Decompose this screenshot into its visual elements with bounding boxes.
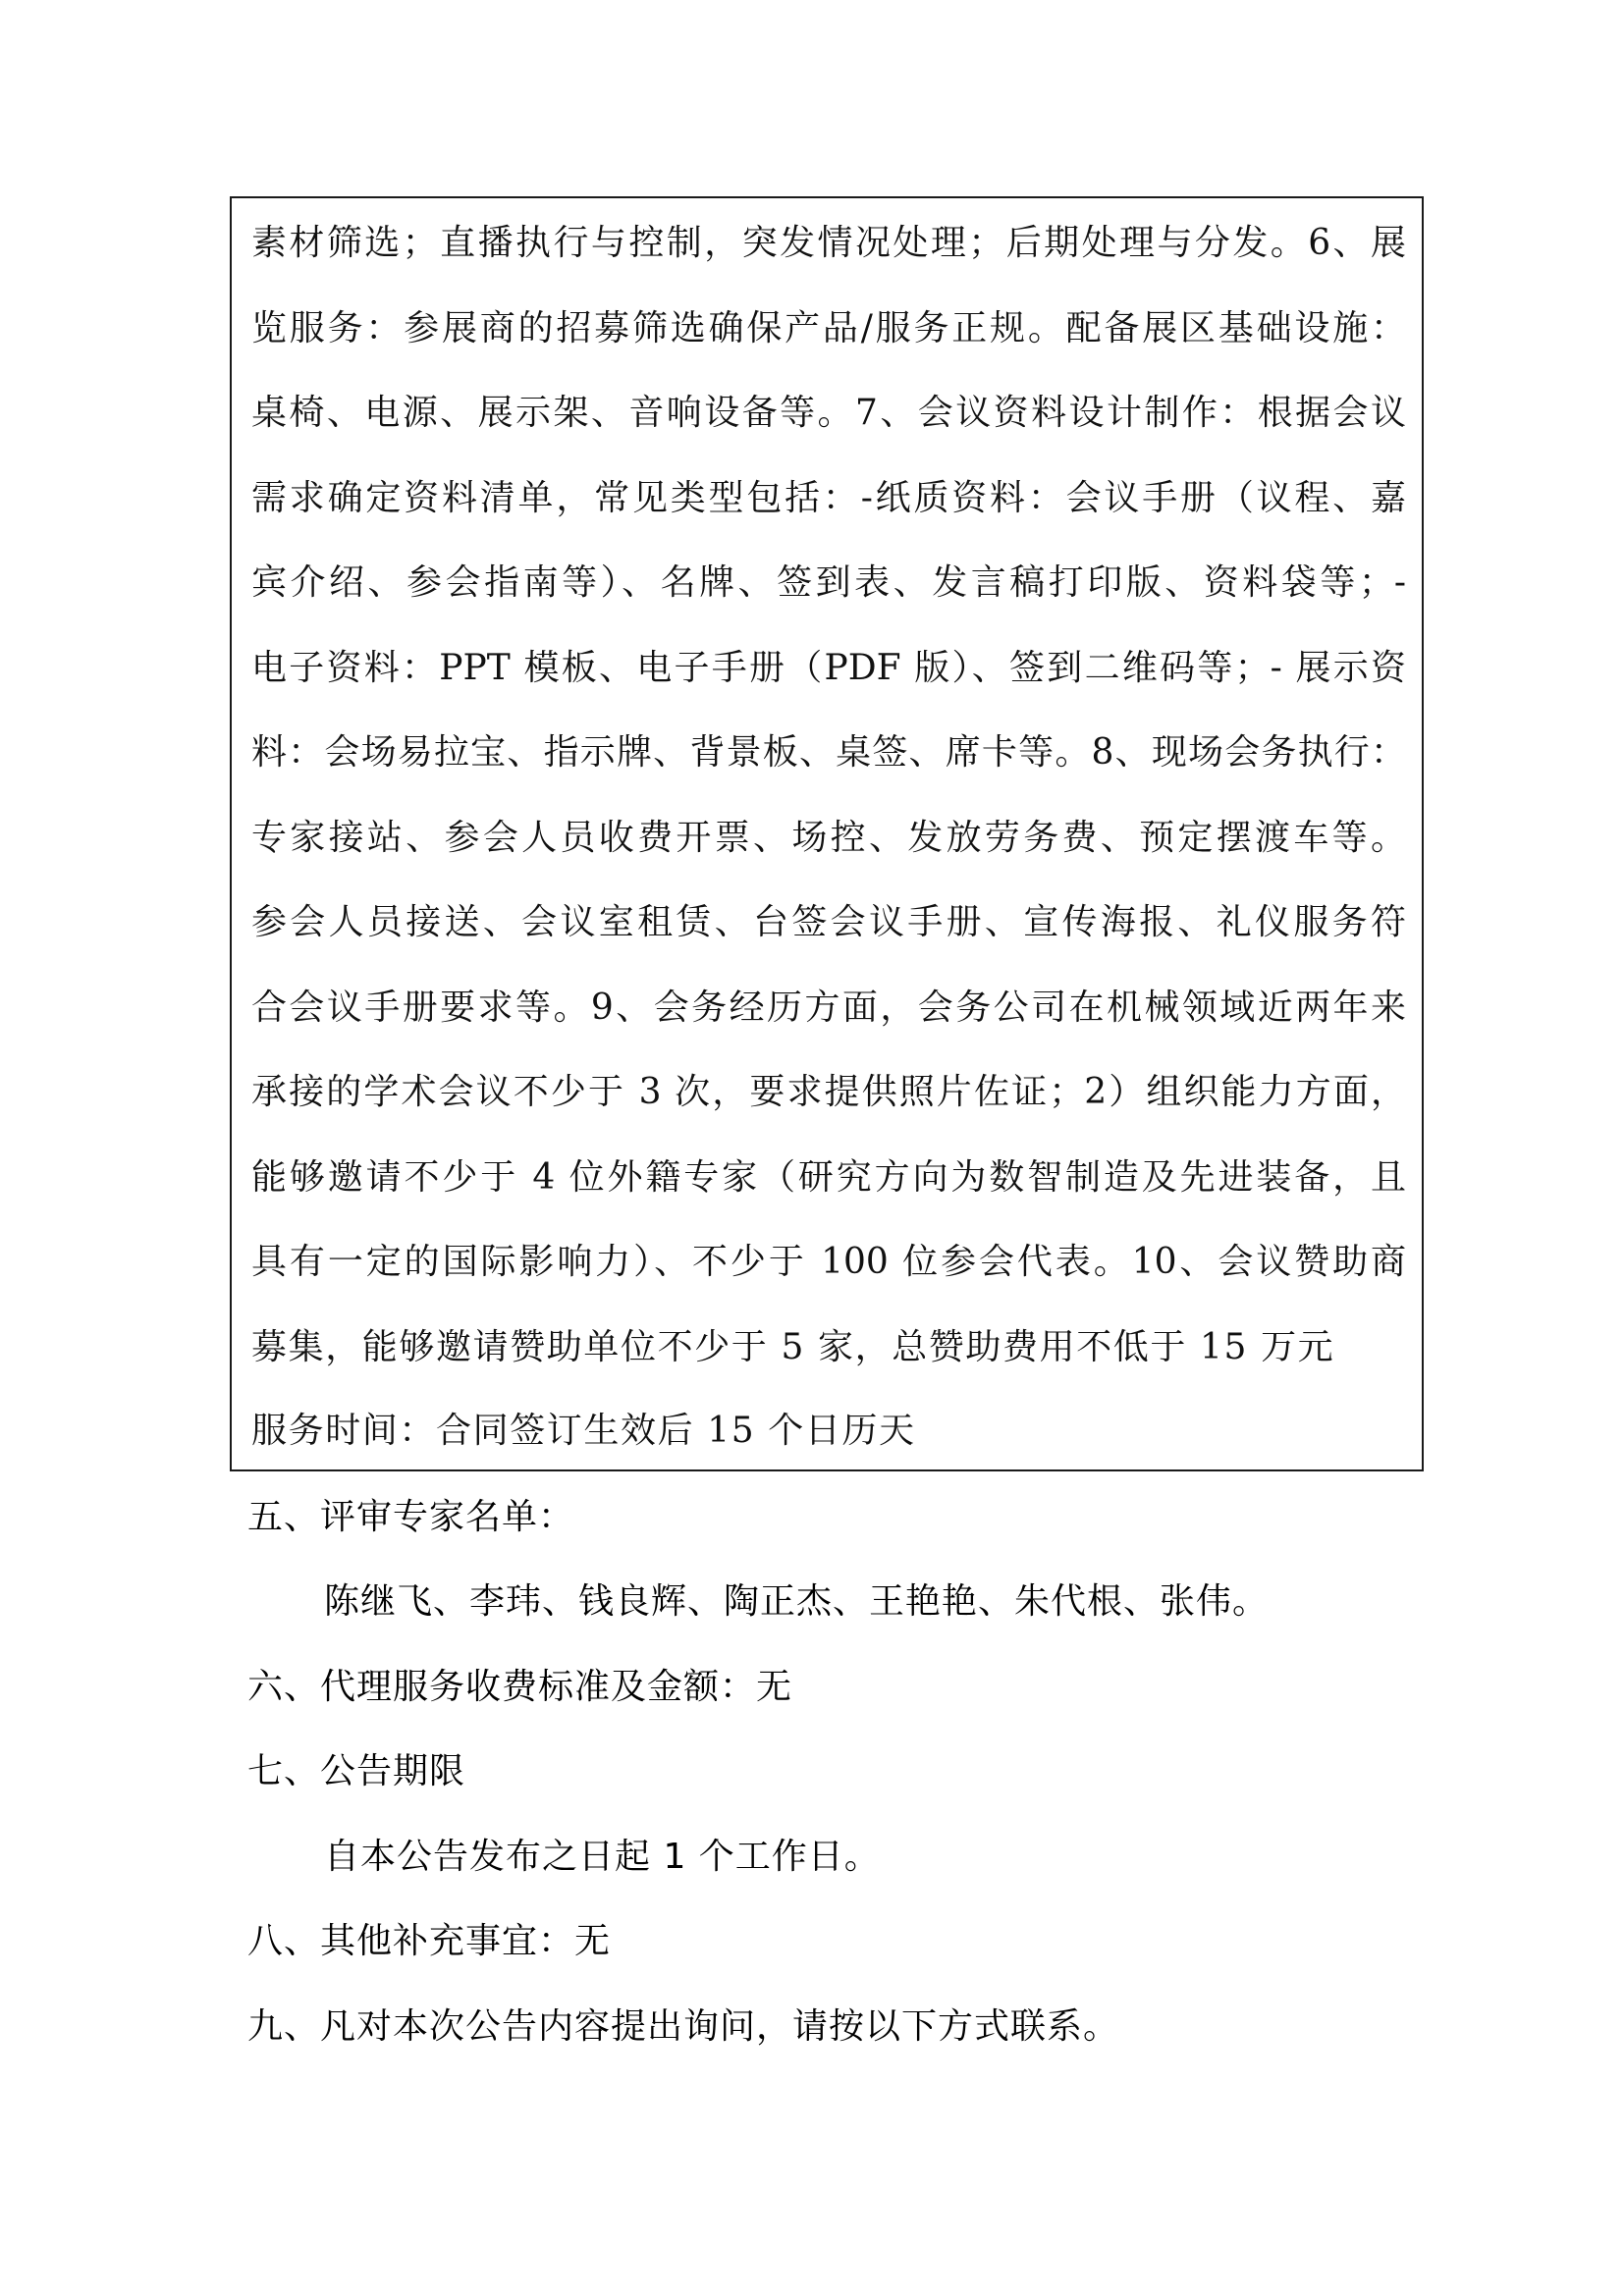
requirements-table-cell: 素材筛选；直播执行与控制，突发情况处理；后期处理与分发。6、展 览服务：参展商的… [230, 196, 1424, 1471]
document-page: 素材筛选；直播执行与控制，突发情况处理；后期处理与分发。6、展 览服务：参展商的… [0, 0, 1624, 2296]
requirements-line: 承接的学术会议不少于 3 次，要求提供照片佐证；2）组织能力方面， [251, 1071, 1406, 1114]
notice-period-heading: 七、公告期限 [247, 1750, 465, 1793]
requirements-line: 具有一定的国际影响力）、不少于 100 位参会代表。10、会议赞助商 [251, 1241, 1406, 1284]
agency-fee: 六、代理服务收费标准及金额：无 [247, 1666, 792, 1709]
requirements-line: 览服务：参展商的招募筛选确保产品/服务正规。配备展区基础设施： [251, 307, 1406, 350]
requirements-line: 宾介绍、参会指南等）、名牌、签到表、发言稿打印版、资料袋等；- [251, 561, 1406, 605]
requirements-line: 募集，能够邀请赞助单位不少于 5 家，总赞助费用不低于 15 万元 [251, 1326, 1406, 1369]
requirements-line: 参会人员接送、会议室租赁、台签会议手册、宣传海报、礼仪服务符 [251, 901, 1406, 944]
requirements-line: 能够邀请不少于 4 位外籍专家（研究方向为数智制造及先进装备，且 [251, 1156, 1406, 1200]
experts-heading: 五、评审专家名单： [247, 1496, 574, 1539]
requirements-line: 专家接站、参会人员收费开票、场控、发放劳务费、预定摆渡车等。 [251, 817, 1406, 860]
other-matters: 八、其他补充事宜：无 [247, 1920, 611, 1963]
requirements-line: 素材筛选；直播执行与控制，突发情况处理；后期处理与分发。6、展 [251, 222, 1406, 265]
experts-list: 陈继飞、李玮、钱良辉、陶正杰、王艳艳、朱代根、张伟。 [324, 1580, 1269, 1624]
requirements-line: 需求确定资料清单，常见类型包括：-纸质资料：会议手册（议程、嘉 [251, 477, 1406, 520]
requirements-line: 桌椅、电源、展示架、音响设备等。7、会议资料设计制作：根据会议 [251, 392, 1406, 435]
inquiry-text: 九、凡对本次公告内容提出询问，请按以下方式联系。 [247, 2005, 1119, 2049]
requirements-line: 合会议手册要求等。9、会务经历方面，会务公司在机械领域近两年来 [251, 987, 1406, 1030]
requirements-line: 料：会场易拉宝、指示牌、背景板、桌签、席卡等。8、现场会务执行： [251, 731, 1406, 774]
notice-period-text: 自本公告发布之日起 1 个工作日。 [324, 1836, 881, 1879]
service-time: 服务时间：合同签订生效后 15 个日历天 [251, 1410, 1406, 1453]
requirements-line: 电子资料：PPT 模板、电子手册（PDF 版）、签到二维码等；- 展示资 [251, 647, 1406, 690]
